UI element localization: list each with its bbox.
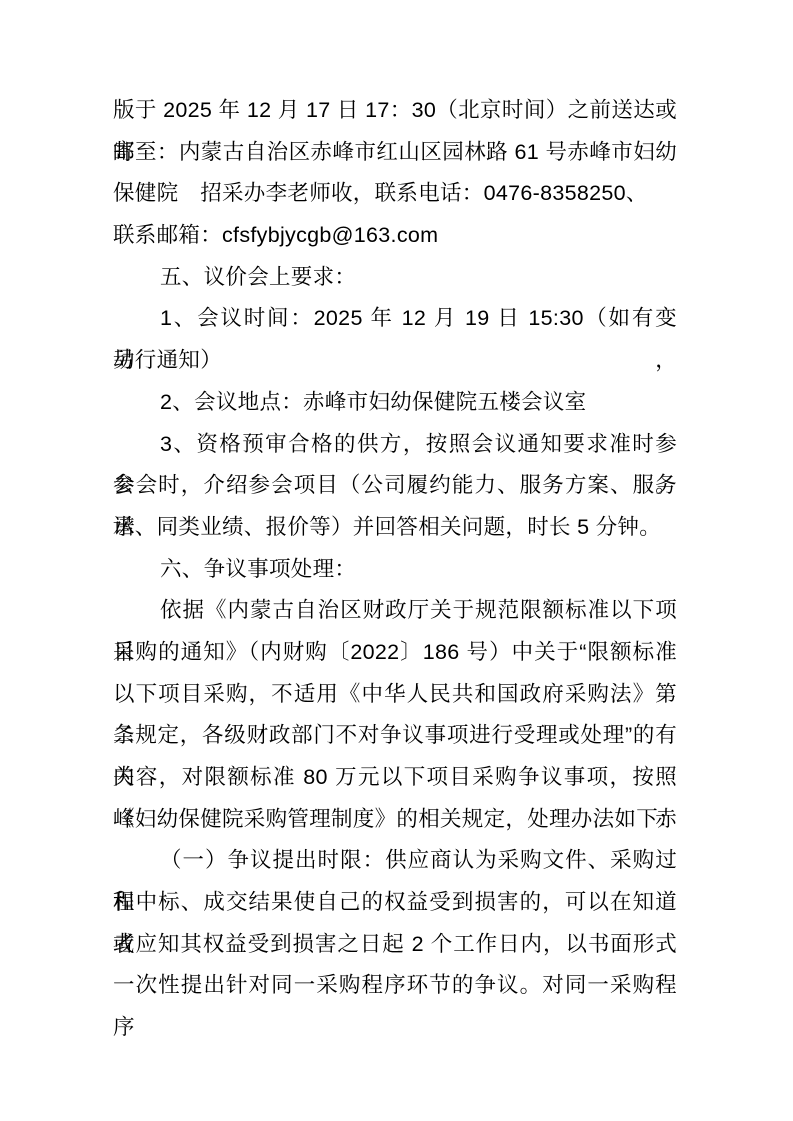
document-line: 寄至：内蒙古自治区赤峰市红山区园林路 61 号赤峰市妇幼 <box>113 132 677 174</box>
document-line: 依据《内蒙古自治区财政厅关于规范限额标准以下项目 <box>113 590 677 632</box>
document-line: 诺、同类业绩、报价等）并回答相关问题，时长 5 分钟。 <box>113 507 677 549</box>
document-line: 内容，对限额标准 80 万元以下项目采购争议事项，按照《赤 <box>113 757 677 799</box>
document-line: 峰妇幼保健院采购管理制度》的相关规定，处理办法如下： <box>113 799 677 841</box>
document-line: 和中标、成交结果使自己的权益受到损害的，可以在知道或 <box>113 882 677 924</box>
document-line: 采购的通知》（内财购〔2022〕186 号）中关于“限额标准 <box>113 632 677 674</box>
p-delivery-contact: 版于 2025 年 12 月 17 日 17：30（北京时间）之前送达或邮寄至：… <box>113 90 677 257</box>
document-line: 版于 2025 年 12 月 17 日 17：30（北京时间）之前送达或邮 <box>113 90 677 132</box>
document-line: 六、争议事项处理： <box>113 549 677 591</box>
document-line: 五、议价会上要求： <box>113 257 677 299</box>
document-line: 联系邮箱：cfsfybjycgb@163.com <box>113 215 677 257</box>
document-line: 2、会议地点：赤峰市妇幼保健院五楼会议室 <box>113 382 677 424</box>
document-line: 以下项目采购，不适用《中华人民共和国政府采购法》第二 <box>113 674 677 716</box>
document-page: 版于 2025 年 12 月 17 日 17：30（北京时间）之前送达或邮寄至：… <box>0 0 793 1121</box>
p-dispute-time-limit: （一）争议提出时限：供应商认为采购文件、采购过程和中标、成交结果使自己的权益受到… <box>113 840 677 1007</box>
p-section5-heading: 五、议价会上要求： <box>113 257 677 299</box>
document-line: 条规定，各级财政部门不对争议事项进行受理或处理”的有关 <box>113 715 677 757</box>
document-line: 一次性提出针对同一采购程序环节的争议。对同一采购程序 <box>113 965 677 1007</box>
p-meeting-place: 2、会议地点：赤峰市妇幼保健院五楼会议室 <box>113 382 677 424</box>
document-line: 参会时，介绍参会项目（公司履约能力、服务方案、服务承 <box>113 465 677 507</box>
document-line: （一）争议提出时限：供应商认为采购文件、采购过程 <box>113 840 677 882</box>
document-line: 保健院 招采办李老师收，联系电话：0476-8358250、 <box>113 173 677 215</box>
p-section6-heading: 六、争议事项处理： <box>113 549 677 591</box>
document-line: 者应知其权益受到损害之日起 2 个工作日内，以书面形式 <box>113 924 677 966</box>
document-line: 1、会议时间：2025 年 12 月 19 日 15:30（如有变动， <box>113 298 677 340</box>
p-attendance-requirement: 3、资格预审合格的供方，按照会议通知要求准时参会。参会时，介绍参会项目（公司履约… <box>113 424 677 549</box>
document-line: 3、资格预审合格的供方，按照会议通知要求准时参会。 <box>113 424 677 466</box>
document-body: 版于 2025 年 12 月 17 日 17：30（北京时间）之前送达或邮寄至：… <box>113 90 677 1007</box>
p-meeting-time: 1、会议时间：2025 年 12 月 19 日 15:30（如有变动，另行通知） <box>113 298 677 381</box>
p-dispute-basis: 依据《内蒙古自治区财政厅关于规范限额标准以下项目采购的通知》（内财购〔2022〕… <box>113 590 677 840</box>
